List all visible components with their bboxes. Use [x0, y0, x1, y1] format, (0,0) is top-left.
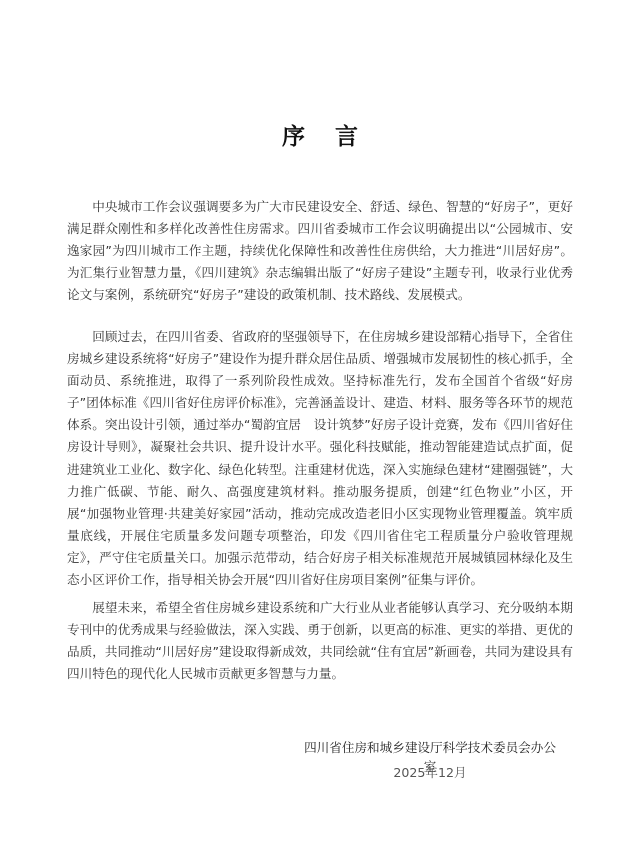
signature-date: 2025年12月 — [300, 762, 560, 781]
paragraph-text: 展望未来，希望全省住房城乡建设系统和广大行业从业者能够认真学习、充分吸纳本期专刊… — [67, 597, 573, 685]
paragraph-text: 回顾过去，在四川省委、省政府的坚强领导下，在住房城乡建设部精心指导下，全省住房城… — [67, 326, 573, 591]
paragraph-text: 中央城市工作会议强调要多为广大市民建设安全、舒适、绿色、智慧的“好房子”，更好满… — [67, 196, 573, 306]
title-char-2: 言 — [335, 124, 358, 150]
title-char-1: 序 — [282, 124, 305, 150]
paragraph-outlook: 展望未来，希望全省住房城乡建设系统和广大行业从业者能够认真学习、充分吸纳本期专刊… — [67, 597, 573, 685]
page-title: 序言 — [0, 118, 640, 151]
paragraph-review: 回顾过去，在四川省委、省政府的坚强领导下，在住房城乡建设部精心指导下，全省住房城… — [67, 326, 573, 591]
paragraph-intro: 中央城市工作会议强调要多为广大市民建设安全、舒适、绿色、智慧的“好房子”，更好满… — [67, 196, 573, 306]
